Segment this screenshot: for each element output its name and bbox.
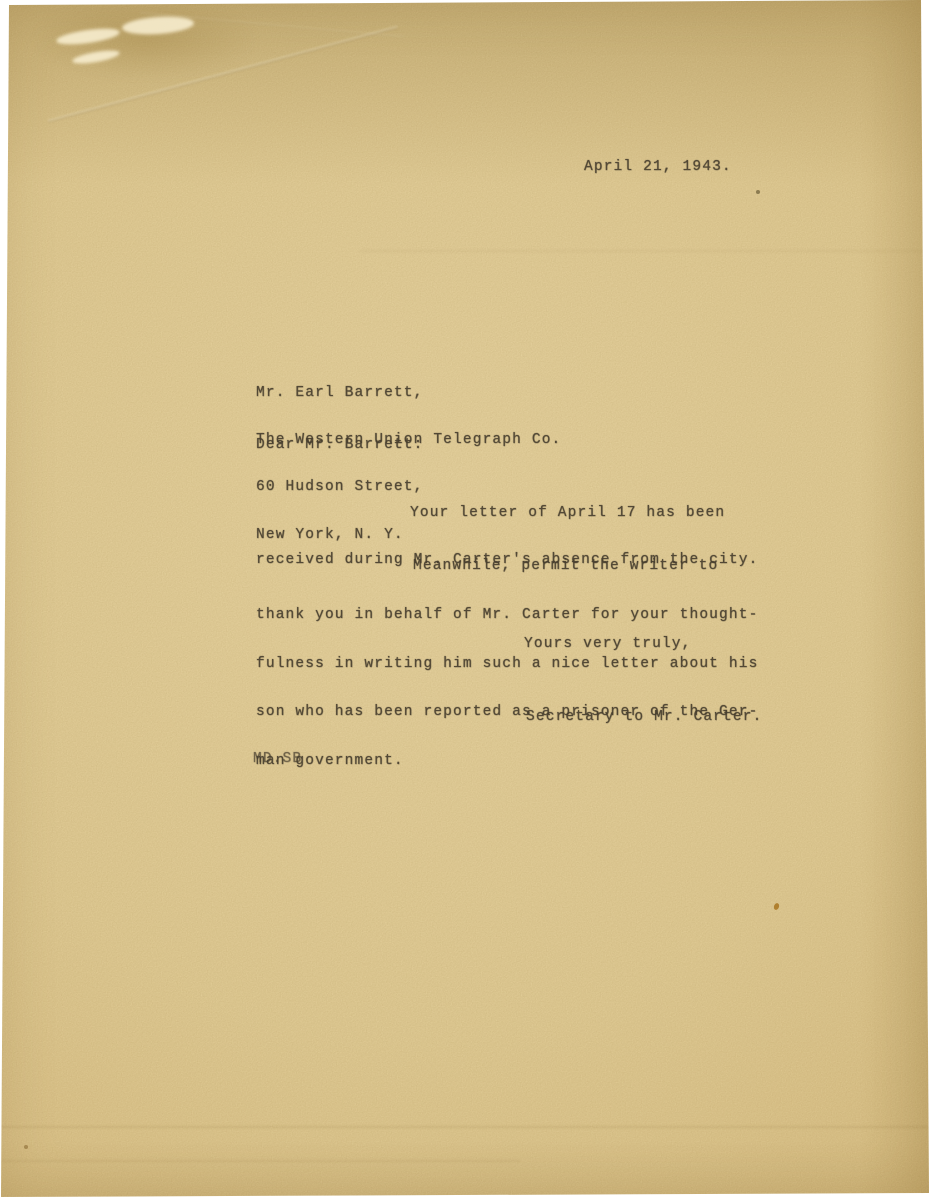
- damage-spot: [71, 48, 120, 66]
- stain-top-left: [30, 5, 260, 80]
- ink-speck: [773, 902, 780, 910]
- address-line: Mr. Earl Barrett,: [256, 386, 561, 402]
- body-line: thank you in behalf of Mr. Carter for yo…: [256, 607, 758, 623]
- crease-horizontal: [0, 1160, 520, 1162]
- body-line: Meanwhile, permit the writer to: [256, 558, 758, 574]
- salutation: Dear Mr. Barrett:: [256, 438, 423, 454]
- body-line: man government.: [256, 753, 758, 769]
- ink-speck: [24, 1145, 28, 1149]
- signature-line: Secretary to Mr. Carter.: [526, 710, 762, 726]
- ink-speck: [756, 190, 760, 194]
- damage-spot: [55, 26, 120, 48]
- reference-initials: MD.SB: [253, 752, 302, 768]
- crease-horizontal: [360, 250, 929, 252]
- letter-page: April 21, 1943. Mr. Earl Barrett, The We…: [0, 0, 929, 1200]
- crease-diagonal: [48, 26, 398, 123]
- body-paragraph-2: Meanwhile, permit the writer to thank yo…: [256, 526, 758, 801]
- crease-diagonal-faint: [140, 12, 404, 38]
- scanned-letter-image: April 21, 1943. Mr. Earl Barrett, The We…: [0, 0, 929, 1200]
- body-line: fulness in writing him such a nice lette…: [256, 656, 758, 672]
- body-line: Your letter of April 17 has been: [256, 506, 758, 522]
- crease-horizontal: [0, 1126, 929, 1128]
- damage-spot: [121, 15, 194, 37]
- letter-date: April 21, 1943.: [584, 160, 732, 176]
- complimentary-closing: Yours very truly,: [524, 637, 691, 653]
